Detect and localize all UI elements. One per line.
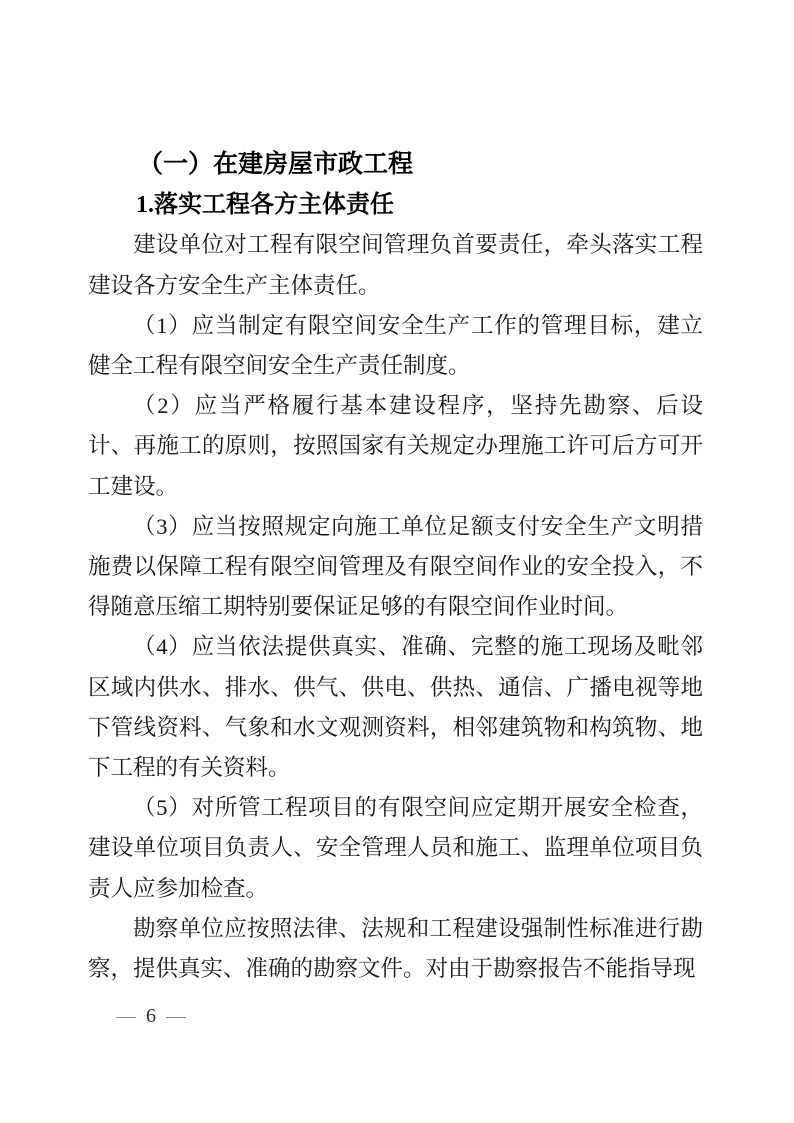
paragraph-item-4: （4）应当依法提供真实、准确、完整的施工现场及毗邻区域内供水、排水、供气、供电、… [88, 627, 703, 788]
subsection-heading: 1.落实工程各方主体责任 [88, 185, 703, 225]
page-footer: —6— [116, 1001, 186, 1031]
footer-dash-left: — [116, 1005, 136, 1027]
paragraph-item-1: （1）应当制定有限空间安全生产工作的管理目标，建立健全工程有限空间安全生产责任制… [88, 306, 703, 386]
paragraph-item-5: （5）对所管工程项目的有限空间应定期开展安全检查，建设单位项目负责人、安全管理人… [88, 788, 703, 909]
section-heading: （一）在建房屋市政工程 [88, 145, 703, 185]
paragraph-item-2: （2）应当严格履行基本建设程序，坚持先勘察、后设计、再施工的原则，按照国家有关规… [88, 386, 703, 507]
document-body: （一）在建房屋市政工程 1.落实工程各方主体责任 建设单位对工程有限空间管理负首… [88, 145, 703, 989]
paragraph-intro: 建设单位对工程有限空间管理负首要责任，牵头落实工程建设各方安全生产主体责任。 [88, 225, 703, 305]
paragraph-item-3: （3）应当按照规定向施工单位足额支付安全生产文明措施费以保障工程有限空间管理及有… [88, 507, 703, 628]
page-number: 6 [146, 1001, 156, 1031]
footer-dash-right: — [166, 1005, 186, 1027]
paragraph-survey-unit: 勘察单位应按照法律、法规和工程建设强制性标准进行勘察，提供真实、准确的勘察文件。… [88, 909, 703, 989]
